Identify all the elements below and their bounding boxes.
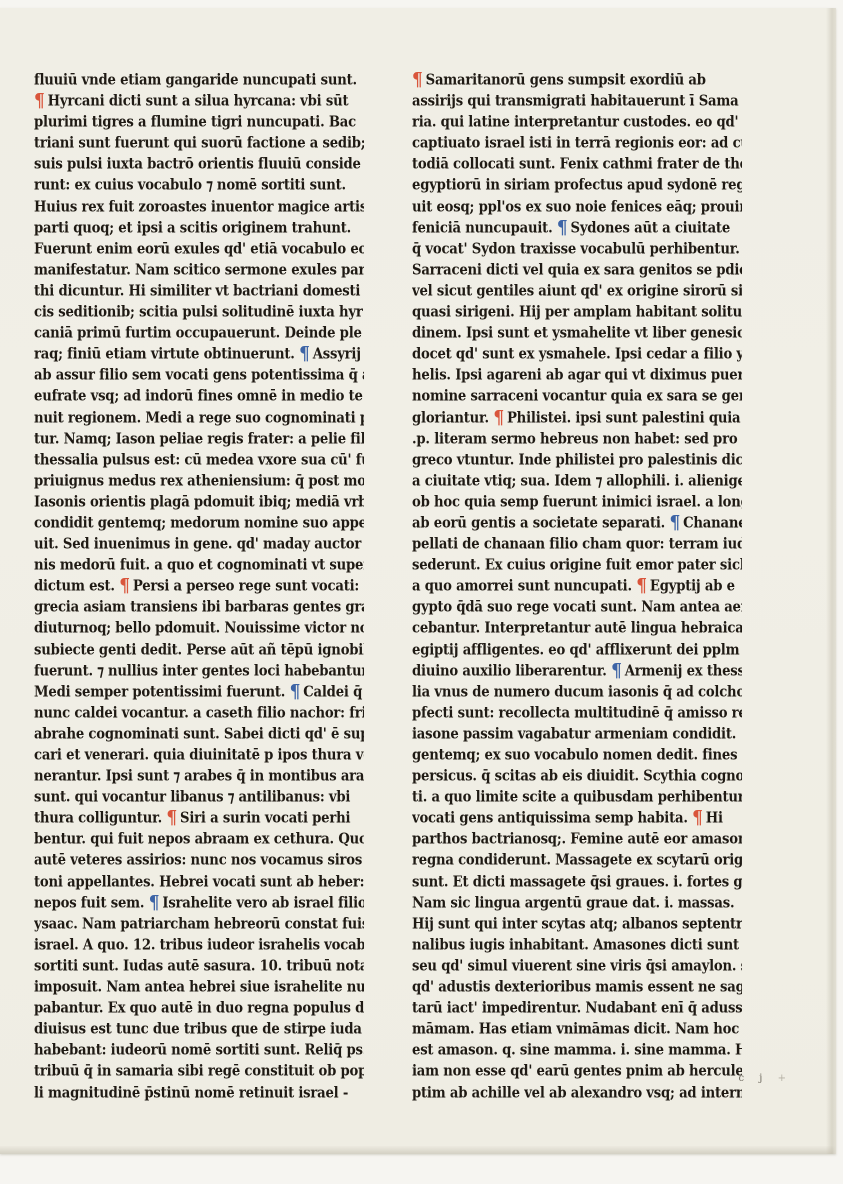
text-line: Nam sic lingua argentū graue dat. i. mas… — [412, 891, 742, 915]
line-text-continuation: Chananei ap — [683, 515, 742, 532]
line-text: cis seditionib; scitia pulsi solitudinē … — [34, 304, 363, 321]
folio-cross-mark: + — [778, 1073, 792, 1084]
line-text: a quo amorrei sunt nuncupati. — [412, 578, 632, 595]
line-text: dinem. Ipsi sunt et ysmahelite vt liber … — [412, 325, 742, 342]
line-text: autē veteres assirios: nunc nos vocamus … — [34, 853, 364, 870]
text-line: manifestatur. Nam scitico sermone exules… — [34, 259, 364, 283]
line-text: qd' adustis dexterioribus mamis essent n… — [412, 979, 742, 996]
line-text: manifestatur. Nam scitico sermone exules… — [34, 262, 364, 279]
line-text: helis. Ipsi agareni ab agar qui vt dixim… — [412, 367, 742, 384]
line-text: gentemq; ex suo vocabulo nomen dedit. fi… — [412, 747, 742, 764]
line-text: li magnitudinē p̄stinū nomē retinuit isr… — [34, 1085, 348, 1102]
line-text: diuino auxilio liberarentur. — [412, 663, 607, 680]
line-text: nunc caldei vocantur. a caseth filio nac… — [34, 705, 364, 722]
line-text: diuturnoq; bello pdomuit. Nouissime vict… — [34, 621, 364, 638]
line-text: Hyrcani dicti sunt a silua hyrcana: vbi … — [48, 93, 349, 110]
text-line: Sarraceni dicti vel quia ex sara genitos… — [412, 259, 742, 283]
line-text: ti. a quo limite scite a quibusdam perhi… — [412, 789, 742, 806]
line-text: māmam. Has etiam vnimāmas dicit. Nam hoc — [412, 1021, 739, 1038]
text-line: cebantur. Interpretantur autē lingua heb… — [412, 617, 742, 641]
line-text: Fuerunt enim eorū exules qd' etiā vocabu… — [34, 241, 364, 258]
text-line: eufrate vsq; ad indorū fines omnē in med… — [34, 385, 364, 409]
line-text: plurimi tigres a flumine tigri nuncupati… — [34, 114, 356, 131]
line-text: sunt. qui vocantur libanus ⁊ antilibanus… — [34, 789, 350, 806]
text-line: Hij sunt qui inter scytas atq; albanos s… — [412, 912, 742, 936]
text-line: abrahe cognominati sunt. Sabei dicti qd'… — [34, 723, 364, 747]
text-line: ptim ab achille vel ab alexandro vsq; ad… — [412, 1081, 742, 1105]
folio-number: c j + — [739, 1073, 792, 1084]
text-line: ysaac. Nam patriarcham hebreorū constat … — [34, 912, 364, 936]
text-line: ob hoc quia semp fuerunt inimici israel.… — [412, 491, 742, 515]
line-text: dictum est. — [34, 578, 115, 595]
text-line: diuino auxilio liberarentur. ¶Armenij ex… — [412, 659, 742, 683]
line-text: persicus. q̄ scitas ab eis diuidit. Scyt… — [412, 768, 742, 785]
line-text: thessalia pulsus est: cū medea vxore sua… — [34, 452, 364, 469]
line-text: gypto q̄dā suo rege vocati sunt. Nam ant… — [412, 599, 742, 616]
text-line: feniciā nuncupauit. ¶Sydones aūt a ciuit… — [412, 216, 742, 240]
line-text: feniciā nuncupauit. — [412, 220, 552, 237]
text-line: subiecte genti dedit. Perse aūt añ tēpū … — [34, 638, 364, 662]
line-text: captiuato israel isti in terrā regionis … — [412, 135, 742, 152]
text-line: lia vnus de numero ducum iasonis q̄ ad c… — [412, 680, 742, 704]
line-text: Samaritanorū gens sumpsit exordiū ab — [426, 72, 706, 89]
line-text: est amason. q. sine mamma. i. sine mamma… — [412, 1042, 742, 1059]
manuscript-page: fluuiū vnde etiam gangaride nuncupati su… — [0, 8, 836, 1154]
line-text: Nam sic lingua argentū graue dat. i. mas… — [412, 895, 734, 912]
text-line: uit eosq; ppl'os ex suo noie fenices eāq… — [412, 195, 742, 219]
line-text: tribuū q̄ in samaria sibi regē constitui… — [34, 1064, 364, 1081]
line-text: nis medorū fuit. a quo et cognominati vt… — [34, 557, 364, 574]
text-line: iasone passim vagabatur armeniam condidi… — [412, 723, 742, 747]
line-text: Huius rex fuit zoroastes inuentor magice… — [34, 199, 364, 216]
text-line: thessalia pulsus est: cū medea vxore sua… — [34, 448, 364, 472]
line-text: suis pulsi iuxta bactrō orientis fluuiū … — [34, 156, 361, 173]
line-text: parti quoq; et ipsi a scitis originem tr… — [34, 220, 351, 237]
line-text: uit. Sed inuenimus in gene. qd' maday au… — [34, 536, 364, 553]
text-line: egiptij affligentes. eo qd' afflixerunt … — [412, 638, 742, 662]
line-text-continuation: Caldei q̄ — [303, 684, 362, 701]
line-text: ria. qui latine interpretantur custodes.… — [412, 114, 738, 131]
page-bottom-edge — [0, 1146, 836, 1154]
line-text: quasi sirigeni. Hij per amplam habitant … — [412, 304, 742, 321]
text-line: li magnitudinē p̄stinū nomē retinuit isr… — [34, 1081, 364, 1105]
line-text: priuignus medus rex atheniensium: q̄ pos… — [34, 473, 364, 490]
text-line: Medi semper potentissimi fuerunt. ¶Calde… — [34, 680, 364, 704]
text-line: iam non esse qd' earū gentes pnim ab her… — [412, 1060, 742, 1084]
text-line: tribuū q̄ in samaria sibi regē constitui… — [34, 1060, 364, 1084]
line-text: toni appellantes. Hebrei vocati sunt ab … — [34, 874, 364, 891]
right-text-column: ¶Samaritanorū gens sumpsit exordiū abass… — [412, 70, 742, 1104]
line-text: triani sunt fuerunt qui suorū factione a… — [34, 135, 364, 152]
text-line: priuignus medus rex atheniensium: q̄ pos… — [34, 470, 364, 494]
text-line: tur. Namq; Iason peliae regis frater: a … — [34, 427, 364, 451]
line-text: subiecte genti dedit. Perse aūt añ tēpū … — [34, 642, 364, 659]
text-line: nalibus iugis inhabitant. Amasones dicti… — [412, 934, 742, 958]
line-text: nepos fuit sem. — [34, 895, 144, 912]
text-line: nuit regionem. Medi a rege suo cognomina… — [34, 406, 364, 430]
text-line: nunc caldei vocantur. a caseth filio nac… — [34, 702, 364, 726]
line-text: grecia asiam transiens ibi barbaras gent… — [34, 599, 364, 616]
line-text: vel sicut gentiles aiunt qd' ex origine … — [412, 283, 742, 300]
text-line: a ciuitate vtiq; sua. Idem ⁊ allophili. … — [412, 470, 742, 494]
line-text: tarū iact' impedirentur. Nudabant enī q̄… — [412, 1000, 742, 1017]
line-text: ob hoc quia semp fuerunt inimici israel.… — [412, 494, 742, 511]
text-line: regna condiderunt. Massagete ex scytarū … — [412, 849, 742, 873]
text-line: diuturnoq; bello pdomuit. Nouissime vict… — [34, 617, 364, 641]
line-text: diuisus est tunc due tribus que de stirp… — [34, 1021, 364, 1038]
line-text: pabantur. Ex quo autē in duo regna popul… — [34, 1000, 364, 1017]
text-line: egyptiorū in siriam profectus apud sydon… — [412, 174, 742, 198]
line-text: iasone passim vagabatur armeniam condidi… — [412, 726, 736, 743]
text-line: autē veteres assirios: nunc nos vocamus … — [34, 849, 364, 873]
text-line: parti quoq; et ipsi a scitis originem tr… — [34, 216, 364, 240]
line-text: q̄ vocat' Sydon traxisse vocabulū perhib… — [412, 241, 740, 258]
line-text: caniā primū furtim occupauerunt. Deinde … — [34, 325, 362, 342]
line-text: assirijs qui transmigrati habitauerunt ī… — [412, 93, 738, 110]
line-text: a ciuitate vtiq; sua. Idem ⁊ allophili. … — [412, 473, 742, 490]
line-text: todiā collocati sunt. Fenix cathmi frate… — [412, 156, 742, 173]
line-text: ptim ab achille vel ab alexandro vsq; ad… — [412, 1085, 742, 1102]
line-text: cebantur. Interpretantur autē lingua heb… — [412, 621, 742, 638]
text-line: .p. literam sermo hebreus non habet: sed… — [412, 427, 742, 451]
line-text: thura colliguntur. — [34, 810, 162, 827]
line-text: uit eosq; ppl'os ex suo noie fenices eāq… — [412, 199, 742, 216]
blue-paragraph-mark-icon: ¶ — [557, 216, 568, 240]
text-line: nepos fuit sem. ¶Israhelite vero ab isra… — [34, 891, 364, 915]
line-text: ab eorū gentis a societate separati. — [412, 515, 665, 532]
line-text: runt: ex cuius vocabulo ⁊ nomē sortiti s… — [34, 178, 346, 195]
line-text-continuation: Hi — [706, 810, 723, 827]
line-text: seu qd' simul viuerent sine viris q̄si a… — [412, 958, 742, 975]
line-text: iam non esse qd' earū gentes pnim ab her… — [412, 1064, 742, 1081]
line-text: Sarraceni dicti vel quia ex sara genitos… — [412, 262, 742, 279]
line-text: ab assur filio sem vocati gens potentiss… — [34, 367, 364, 384]
line-text: cari et venerari. quia diuinitatē p ipos… — [34, 747, 364, 764]
line-text: raq; finiū etiam virtute obtinuerunt. — [34, 346, 295, 363]
line-text: bentur. qui fuit nepos abraam ex cethura… — [34, 831, 364, 848]
line-text-continuation: Egyptij ab e — [650, 578, 735, 595]
line-text: .p. literam sermo hebreus non habet: sed… — [412, 431, 742, 448]
line-text: abrahe cognominati sunt. Sabei dicti qd'… — [34, 726, 364, 743]
line-text: nuit regionem. Medi a rege suo cognomina… — [34, 410, 364, 427]
blue-paragraph-mark-icon: ¶ — [611, 659, 622, 683]
red-paragraph-mark-icon: ¶ — [493, 406, 504, 430]
line-text: condidit gentemq; medorum nomine suo app… — [34, 515, 364, 532]
line-text: eufrate vsq; ad indorū fines omnē in med… — [34, 389, 363, 406]
text-line: pfecti sunt: recollecta multitudinē q̄ a… — [412, 702, 742, 726]
blue-paragraph-mark-icon: ¶ — [290, 680, 301, 704]
text-line: toni appellantes. Hebrei vocati sunt ab … — [34, 870, 364, 894]
manuscript-scan: fluuiū vnde etiam gangaride nuncupati su… — [0, 0, 843, 1184]
line-text: Iasonis orientis plagā pdomuit ibiq; med… — [34, 494, 364, 511]
line-text: Medi semper potentissimi fuerunt. — [34, 684, 285, 701]
text-line: Iasonis orientis plagā pdomuit ibiq; med… — [34, 491, 364, 515]
line-text: nerantur. Ipsi sunt ⁊ arabes q̄ in monti… — [34, 768, 364, 785]
line-text: habebant: iudeorū nomē sortiti sunt. Rel… — [34, 1042, 364, 1059]
line-text: gloriantur. — [412, 410, 489, 427]
line-text: thi dicuntur. Hi similiter vt bactriani … — [34, 283, 360, 300]
line-text: fuerunt. ⁊ nullius inter gentes loci hab… — [34, 663, 364, 680]
line-text: sunt. Et dicti massagete q̄si graues. i.… — [412, 874, 742, 891]
text-line: Fuerunt enim eorū exules qd' etiā vocabu… — [34, 237, 364, 261]
blue-paragraph-mark-icon: ¶ — [149, 891, 160, 915]
text-line: runt: ex cuius vocabulo ⁊ nomē sortiti s… — [34, 174, 364, 198]
text-line: israel. A quo. 12. tribus iudeor israhel… — [34, 934, 364, 958]
line-text: greco vtuntur. Inde philistei pro palest… — [412, 452, 742, 469]
line-text-continuation: Armenij ex thessa — [625, 663, 742, 680]
line-text: docet qd' sunt ex ysmahele. Ipsi cedar a… — [412, 346, 742, 363]
line-text: ysaac. Nam patriarcham hebreorū constat … — [34, 916, 364, 933]
line-text: parthos bactrianosq;. Femine autē eor am… — [412, 831, 742, 848]
line-text: sortiti sunt. Iudas autē sasura. 10. tri… — [34, 958, 364, 975]
line-text: Hij sunt qui inter scytas atq; albanos s… — [412, 916, 742, 933]
line-text-continuation: Assyrij — [313, 346, 361, 363]
line-text-continuation: Siri a surin vocati perhi — [180, 810, 350, 827]
line-text: regna condiderunt. Massagete ex scytarū … — [412, 853, 742, 870]
line-text: sederunt. Ex cuius origine fuit emor pat… — [412, 557, 742, 574]
text-line: q̄ vocat' Sydon traxisse vocabulū perhib… — [412, 237, 742, 261]
folio-signature: c j — [739, 1073, 769, 1084]
text-line: sunt. Et dicti massagete q̄si graues. i.… — [412, 870, 742, 894]
line-text: imposuit. Nam antea hebrei siue israheli… — [34, 979, 364, 996]
left-text-column: fluuiū vnde etiam gangaride nuncupati su… — [34, 70, 364, 1104]
text-line: nomine sarraceni vocantur quia ex sara s… — [412, 385, 742, 409]
line-text-continuation: Sydones aūt a ciuitate — [571, 220, 731, 237]
line-text: fluuiū vnde etiam gangaride nuncupati su… — [34, 72, 357, 89]
text-line: gloriantur. ¶Philistei. ipsi sunt palest… — [412, 406, 742, 430]
line-text: israel. A quo. 12. tribus iudeor israhel… — [34, 937, 364, 954]
line-text: nalibus iugis inhabitant. Amasones dicti… — [412, 937, 739, 954]
line-text-continuation: Philistei. ipsi sunt palestini quia — [507, 410, 740, 427]
line-text-continuation: Persi a perseo rege sunt vocati: qui e — [133, 578, 364, 595]
text-line: greco vtuntur. Inde philistei pro palest… — [412, 448, 742, 472]
line-text-continuation: Israhelite vero ab israel filio — [162, 895, 364, 912]
line-text: egyptiorū in siriam profectus apud sydon… — [412, 178, 742, 195]
line-text: pfecti sunt: recollecta multitudinē q̄ a… — [412, 705, 742, 722]
line-text: egiptij affligentes. eo qd' afflixerunt … — [412, 642, 742, 659]
line-text: tur. Namq; Iason peliae regis frater: a … — [34, 431, 364, 448]
line-text: nomine sarraceni vocantur quia ex sara s… — [412, 389, 742, 406]
line-text: lia vnus de numero ducum iasonis q̄ ad c… — [412, 684, 742, 701]
text-line: Huius rex fuit zoroastes inuentor magice… — [34, 195, 364, 219]
line-text: vocati gens antiquissima semp habita. — [412, 810, 688, 827]
text-line: fuerunt. ⁊ nullius inter gentes loci hab… — [34, 659, 364, 683]
line-text: pellati de chanaan filio cham quor: terr… — [412, 536, 742, 553]
